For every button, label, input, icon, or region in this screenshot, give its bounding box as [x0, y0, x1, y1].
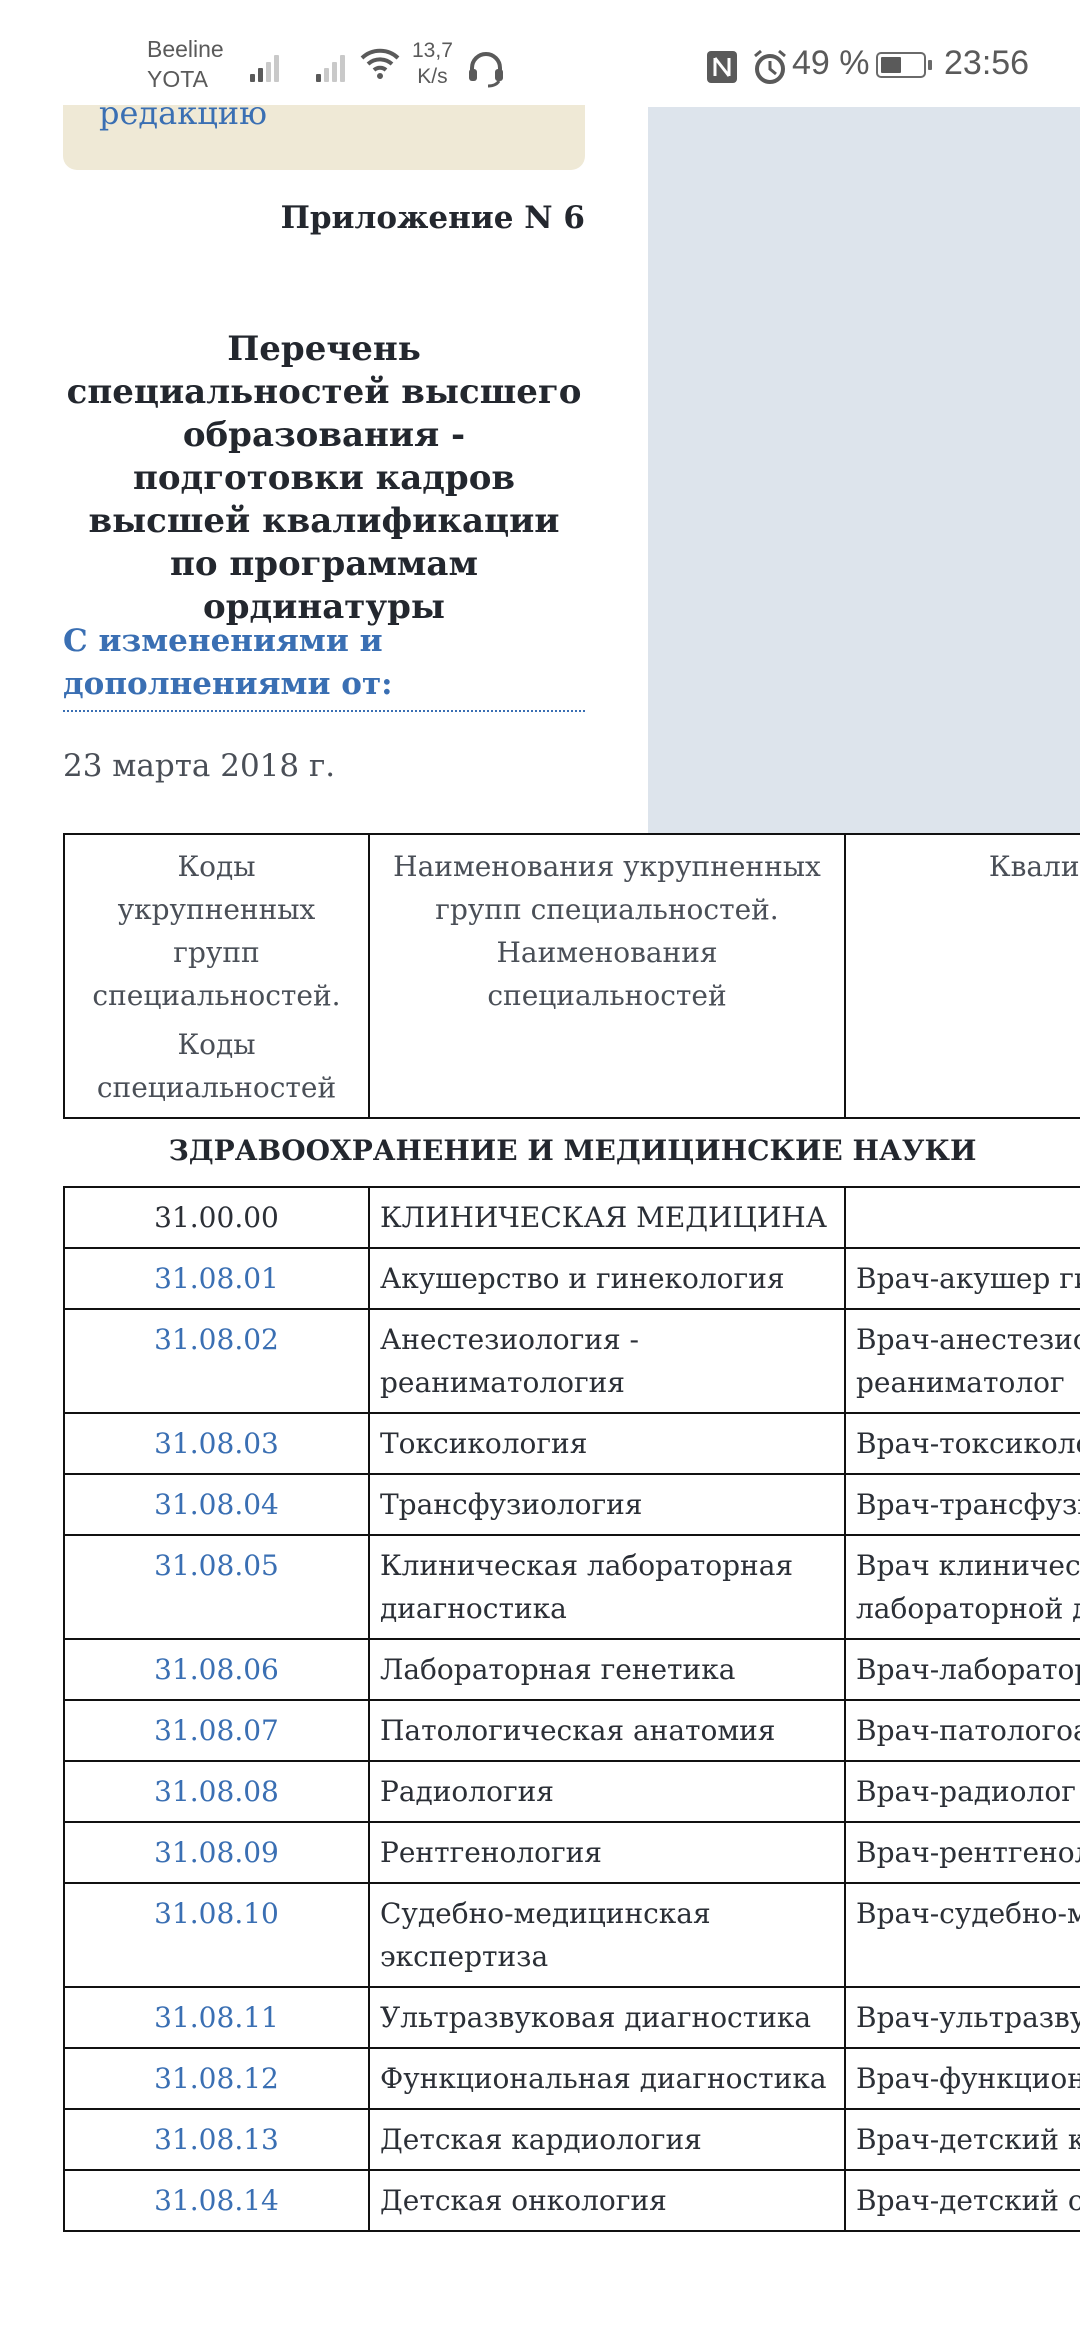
- code-cell: 31.08.11: [64, 1987, 369, 2048]
- header-codes-specialties: Коды специальностей: [75, 1023, 358, 1109]
- specialty-code-link[interactable]: 31.08.08: [154, 1775, 279, 1808]
- alarm-icon: [752, 48, 788, 91]
- battery-icon: [876, 52, 926, 78]
- table-row: 31.08.06Лабораторная генетикаВрач-лабора…: [64, 1639, 1080, 1700]
- table-row: 31.08.01Акушерство и гинекологияВрач-аку…: [64, 1248, 1080, 1309]
- name-cell: Клиническая лабораторная диагностика: [369, 1535, 845, 1639]
- code-cell: 31.08.04: [64, 1474, 369, 1535]
- qualification-cell: Врач-патологоа: [845, 1700, 1080, 1761]
- code-cell: 31.00.00: [64, 1187, 369, 1248]
- code-cell: 31.08.13: [64, 2109, 369, 2170]
- specialty-code-link[interactable]: 31.08.11: [154, 2001, 279, 2034]
- name-cell: Ультразвуковая диагностика: [369, 1987, 845, 2048]
- table-row: 31.08.09РентгенологияВрач-рентгенол: [64, 1822, 1080, 1883]
- table-row: 31.08.10Судебно-медицинская экспертизаВр…: [64, 1883, 1080, 1987]
- qualification-cell: Врач-функцион диагност: [845, 2048, 1080, 2109]
- table-row: 31.08.05Клиническая лабораторная диагнос…: [64, 1535, 1080, 1639]
- qualification-cell: Врач-трансфузи: [845, 1474, 1080, 1535]
- speed-value: 13,7: [412, 38, 453, 64]
- headset-icon: [466, 50, 506, 93]
- name-cell: КЛИНИЧЕСКАЯ МЕДИЦИНА: [369, 1187, 845, 1248]
- appendix-label: Приложение N 6: [63, 200, 585, 236]
- header-qualification: Квалифи: [845, 834, 1080, 1118]
- carrier-1: Beeline: [147, 34, 224, 64]
- specialties-table-container[interactable]: Коды укрупненных групп специальностей. К…: [63, 833, 1080, 2232]
- code-cell: 31.08.10: [64, 1883, 369, 1987]
- network-speed: 13,7 K/s: [412, 38, 453, 90]
- qualification-cell: Врач-ультразву диагност: [845, 1987, 1080, 2048]
- speed-unit: K/s: [412, 64, 453, 90]
- name-cell: Лабораторная генетика: [369, 1639, 845, 1700]
- table-row: 31.08.03ТоксикологияВрач-токсиколо: [64, 1413, 1080, 1474]
- specialty-code-link[interactable]: 31.08.09: [154, 1836, 279, 1869]
- name-cell: Трансфузиология: [369, 1474, 845, 1535]
- table-row: 31.08.11Ультразвуковая диагностикаВрач-у…: [64, 1987, 1080, 2048]
- specialty-code-link[interactable]: 31.08.01: [154, 1262, 279, 1295]
- name-cell: Детская кардиология: [369, 2109, 845, 2170]
- qualification-cell: Врач-анестезио реаниматолог: [845, 1309, 1080, 1413]
- table-row: 31.08.13Детская кардиологияВрач-детский …: [64, 2109, 1080, 2170]
- battery-percent: 49 %: [792, 44, 870, 83]
- table-row: 31.08.12Функциональная диагностикаВрач-ф…: [64, 2048, 1080, 2109]
- name-cell: Судебно-медицинская экспертиза: [369, 1883, 845, 1987]
- code-cell: 31.08.02: [64, 1309, 369, 1413]
- section-row: ЗДРАВООХРАНЕНИЕ И МЕДИЦИНСКИЕ НАУКИ: [64, 1118, 1080, 1187]
- code-cell: 31.08.09: [64, 1822, 369, 1883]
- code-cell: 31.08.06: [64, 1639, 369, 1700]
- table-row: 31.08.14Детская онкологияВрач-детский о: [64, 2170, 1080, 2231]
- signal-icon: [250, 52, 279, 82]
- side-panel: [648, 107, 1080, 833]
- table-header-row: Коды укрупненных групп специальностей. К…: [64, 834, 1080, 1118]
- specialty-code-link[interactable]: 31.08.03: [154, 1427, 279, 1460]
- clock: 23:56: [944, 44, 1029, 83]
- specialty-code-link[interactable]: 31.08.05: [154, 1549, 279, 1582]
- qualification-cell: [845, 1187, 1080, 1248]
- name-cell: Функциональная диагностика: [369, 2048, 845, 2109]
- qualification-cell: Врач-радиолог: [845, 1761, 1080, 1822]
- code-cell: 31.08.01: [64, 1248, 369, 1309]
- section-title: ЗДРАВООХРАНЕНИЕ И МЕДИЦИНСКИЕ НАУКИ: [64, 1129, 1080, 1172]
- nfc-icon: [706, 50, 738, 89]
- wifi-icon: [360, 46, 400, 87]
- specialty-code-link[interactable]: 31.08.02: [154, 1323, 279, 1356]
- name-cell: Токсикология: [369, 1413, 845, 1474]
- header-names: Наименования укрупненных групп специальн…: [369, 834, 845, 1118]
- specialty-code-link[interactable]: 31.08.06: [154, 1653, 279, 1686]
- header-codes: Коды укрупненных групп специальностей. К…: [64, 834, 369, 1118]
- qualification-cell: Врач-рентгенол: [845, 1822, 1080, 1883]
- name-cell: Детская онкология: [369, 2170, 845, 2231]
- change-date: 23 марта 2018 г.: [63, 748, 335, 784]
- qualification-cell: Врач-судебно-м эксперт: [845, 1883, 1080, 1987]
- carrier-names: Beeline YOTA: [147, 34, 224, 94]
- section-cell: ЗДРАВООХРАНЕНИЕ И МЕДИЦИНСКИЕ НАУКИ: [64, 1118, 1080, 1187]
- carrier-2: YOTA: [147, 64, 224, 94]
- qualification-cell: Врач-акушер ги: [845, 1248, 1080, 1309]
- code-cell: 31.08.05: [64, 1535, 369, 1639]
- table-row: 31.08.04ТрансфузиологияВрач-трансфузи: [64, 1474, 1080, 1535]
- signal-icon: [316, 52, 345, 82]
- code-cell: 31.08.07: [64, 1700, 369, 1761]
- code-cell: 31.08.12: [64, 2048, 369, 2109]
- table-row: 31.00.00КЛИНИЧЕСКАЯ МЕДИЦИНА: [64, 1187, 1080, 1248]
- table-row: 31.08.07Патологическая анатомияВрач-пато…: [64, 1700, 1080, 1761]
- name-cell: Рентгенология: [369, 1822, 845, 1883]
- specialty-code-link[interactable]: 31.08.14: [154, 2184, 279, 2217]
- qualification-cell: Врач-детский о: [845, 2170, 1080, 2231]
- qualification-cell: Врач-детский к: [845, 2109, 1080, 2170]
- qualification-cell: Врач-токсиколо: [845, 1413, 1080, 1474]
- page-title: Перечень специальностей высшего образова…: [63, 328, 585, 629]
- specialties-table: Коды укрупненных групп специальностей. К…: [63, 833, 1080, 2232]
- qualification-cell: Врач-лаборатор: [845, 1639, 1080, 1700]
- status-bar: Beeline YOTA 13,7 K/s: [0, 0, 1080, 105]
- code-cell: 31.08.14: [64, 2170, 369, 2231]
- table-row: 31.08.02Анестезиология - реаниматологияВ…: [64, 1309, 1080, 1413]
- name-cell: Патологическая анатомия: [369, 1700, 845, 1761]
- specialty-code-link[interactable]: 31.08.04: [154, 1488, 279, 1521]
- specialty-code-link[interactable]: 31.08.10: [154, 1897, 279, 1930]
- specialty-code-link[interactable]: 31.08.07: [154, 1714, 279, 1747]
- specialty-code-link[interactable]: 31.08.12: [154, 2062, 279, 2095]
- code-cell: 31.08.08: [64, 1761, 369, 1822]
- changes-link[interactable]: С изменениями и дополнениями от:: [63, 620, 585, 712]
- name-cell: Радиология: [369, 1761, 845, 1822]
- name-cell: Акушерство и гинекология: [369, 1248, 845, 1309]
- code-cell: 31.08.03: [64, 1413, 369, 1474]
- table-row: 31.08.08РадиологияВрач-радиолог: [64, 1761, 1080, 1822]
- specialty-code-link[interactable]: 31.08.13: [154, 2123, 279, 2156]
- qualification-cell: Врач клиничес лабораторной д: [845, 1535, 1080, 1639]
- name-cell: Анестезиология - реаниматология: [369, 1309, 845, 1413]
- header-codes-groups: Коды укрупненных групп специальностей.: [75, 845, 358, 1017]
